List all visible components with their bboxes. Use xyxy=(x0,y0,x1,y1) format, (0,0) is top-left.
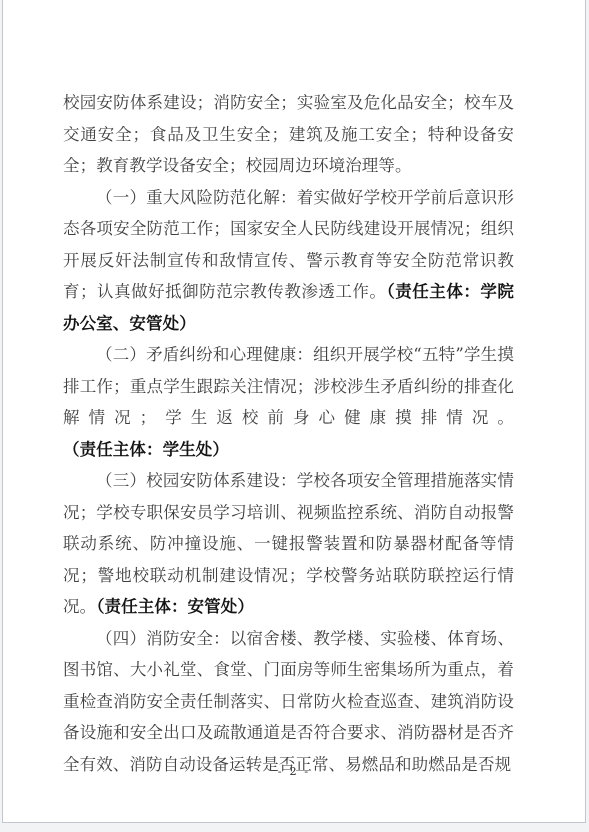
paragraph: （三）校园安防体系建设：学校各项安全管理措施落实情况；学校专职保安员学习培训、视… xyxy=(63,465,514,623)
paragraph: （四）消防安全：以宿舍楼、教学楼、实验楼、体育场、图书馆、大小礼堂、食堂、门面房… xyxy=(63,623,514,781)
paragraph: （二）矛盾纠纷和心理健康：组织开展学校“五特”学生摸排工作；重点学生跟踪关注情况… xyxy=(63,339,514,465)
document-body: 校园安防体系建设；消防安全；实验室及危化品安全；校车及交通安全；食品及卫生安全；… xyxy=(63,87,514,780)
document-page: 校园安防体系建设；消防安全；实验室及危化品安全；校车及交通安全；食品及卫生安全；… xyxy=(2,0,586,823)
body-text: 校园安防体系建设；消防安全；实验室及危化品安全；校车及交通安全；食品及卫生安全；… xyxy=(63,93,514,175)
document-viewport: 校园安防体系建设；消防安全；实验室及危化品安全；校车及交通安全；食品及卫生安全；… xyxy=(0,0,589,832)
paragraph: 校园安防体系建设；消防安全；实验室及危化品安全；校车及交通安全；食品及卫生安全；… xyxy=(63,87,514,182)
body-text: （三）校园安防体系建设：学校各项安全管理措施落实情况；学校专职保安员学习培训、视… xyxy=(63,471,514,616)
paragraph: （一）重大风险防范化解：着实做好学校开学前后意识形态各项安全防范工作；国家安全人… xyxy=(63,182,514,340)
responsible-entity-text: （责任主体：学生处） xyxy=(63,440,229,459)
body-text: （二）矛盾纠纷和心理健康：组织开展学校“五特”学生摸排工作；重点学生跟踪关注情况… xyxy=(63,345,514,427)
body-text: （四）消防安全：以宿舍楼、教学楼、实验楼、体育场、图书馆、大小礼堂、食堂、门面房… xyxy=(63,629,514,774)
page-number: - 2 - xyxy=(3,764,585,778)
responsible-entity-text: （责任主体：安管处） xyxy=(96,597,254,616)
